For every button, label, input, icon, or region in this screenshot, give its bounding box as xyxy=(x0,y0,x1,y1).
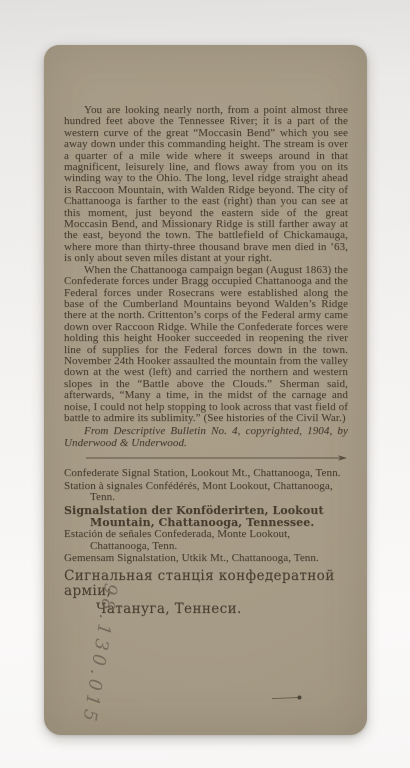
separator-arrow-rule xyxy=(86,454,348,462)
caption-german: Signalstation der Konföderirten, Lookout… xyxy=(64,505,348,528)
caption-swedish: Gemensam Signalstation, Utkik Mt., Chatt… xyxy=(64,553,348,565)
stereograph-card-back: You are looking nearly north, from a poi… xyxy=(44,45,367,735)
description-paragraph-1: You are looking nearly north, from a poi… xyxy=(64,105,348,265)
arrow-rule-icon xyxy=(86,454,348,462)
caption-spanish: Estación de señales Confederada, Monte L… xyxy=(64,529,348,552)
credit-line: From Descriptive Bulletin No. 4, copyrig… xyxy=(64,426,348,449)
description-paragraph-2: When the Chattanooga campaign began (Aug… xyxy=(64,265,348,425)
arrow-mark-icon xyxy=(272,694,304,702)
description-text: You are looking nearly north, from a poi… xyxy=(64,105,348,618)
photo-background: You are looking nearly north, from a poi… xyxy=(0,0,410,768)
caption-french: Station à signales Confédérés, Mont Look… xyxy=(64,481,348,504)
small-arrow-mark xyxy=(272,694,304,702)
caption-english: Confederate Signal Station, Lookout Mt.,… xyxy=(64,468,348,480)
